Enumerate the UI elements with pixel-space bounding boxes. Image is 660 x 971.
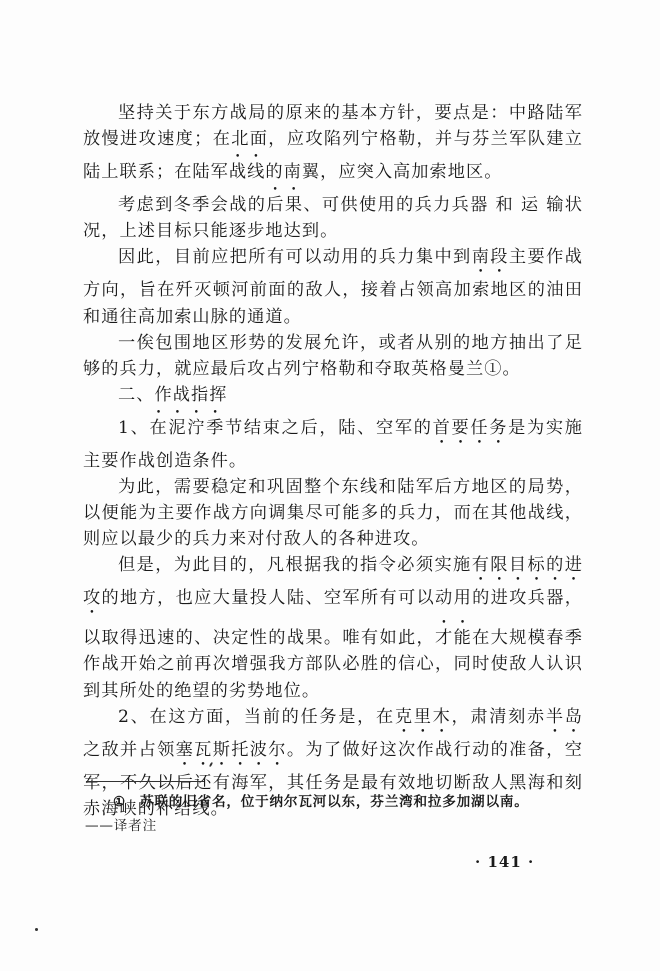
- paragraph: 1、在泥泞季节结束之后，陆、空军的首要任务是为实施主要作战创造条件。: [83, 408, 583, 474]
- footnote: ①苏联的旧省名，位于纳尔瓦河以东，芬兰湾和拉多加湖以南。 ——译者注: [85, 790, 605, 838]
- emphasized-text: 后果: [266, 195, 303, 215]
- emphasized-text: 首要任务: [433, 418, 509, 438]
- emphasized-text: 南段: [472, 247, 509, 267]
- footnote-text: 苏联的旧省名，位于纳尔瓦河以东，芬兰湾和拉多加湖以南。: [140, 794, 529, 810]
- section-heading: 二、作战指挥: [83, 382, 583, 408]
- paragraph: 但是，为此目的，凡根据我的指令必须实施有限目标的进攻的地方，也应大量投人陆、空军…: [83, 552, 583, 703]
- paragraph: 坚持关于东方战局的原来的基本方针，要点是：中路陆军放慢进攻速度；在北面，应攻陷列…: [83, 100, 583, 185]
- text-run: 的南翼，应突入高加索地区。: [265, 162, 502, 182]
- text-run: 一俟包围地区形势的发展允许，或者从别的地方抽出了足够的兵力，就应最后攻占列宁格勒…: [83, 333, 583, 379]
- emphasized-text: 战线: [229, 162, 265, 182]
- scan-speck: [35, 928, 38, 931]
- emphasized-text: 塞瓦斯托波尔: [176, 740, 287, 760]
- text-run: 但是，为此目的，凡根据我的指令必须实施: [118, 555, 472, 575]
- text-run: 二、作战指挥: [118, 385, 227, 405]
- footnote-attribution: ——译者注: [85, 814, 605, 838]
- emphasized-text: 才能: [435, 628, 472, 648]
- page-number: · 141 ·: [475, 853, 534, 871]
- text-run: 2、在这方面，当前的任务是，在: [118, 707, 395, 727]
- text-run: 考虑到冬季会战的: [118, 195, 266, 215]
- text-run: 之敌并占领: [83, 740, 176, 760]
- paragraph: 因此，目前应把所有可以动用的兵力集中到南段主要作战方向，旨在歼灭顿河前面的敌人，…: [83, 244, 583, 329]
- emphasized-text: 在泥泞季: [150, 418, 226, 438]
- book-page: 坚持关于东方战局的原来的基本方针，要点是：中路陆军放慢进攻速度；在北面，应攻陷列…: [0, 0, 660, 971]
- text-run: 节结束之后，陆、空军的: [225, 418, 433, 438]
- paragraph: 一俟包围地区形势的发展允许，或者从别的地方抽出了足够的兵力，就应最后攻占列宁格勒…: [83, 330, 583, 382]
- footnote-divider: [86, 781, 204, 782]
- paragraph: 考虑到冬季会战的后果、可供使用的兵力兵器 和 运 输状况，上述目标只能逐步地达到…: [83, 185, 583, 244]
- text-run: 为此，需要稳定和巩固整个东线和陆军后方地区的局势，以便能为主要作战方向调集尽可能…: [83, 477, 583, 549]
- text-run: 1、: [118, 418, 150, 438]
- text-run: ，肃清刻赤: [452, 707, 546, 727]
- text-run: 因此，目前应把所有可以动用的兵力集中到: [118, 247, 472, 267]
- body-text: 坚持关于东方战局的原来的基本方针，要点是：中路陆军放慢进攻速度；在北面，应攻陷列…: [83, 100, 583, 822]
- emphasized-text: 半岛: [546, 707, 583, 727]
- emphasized-text: 克里木: [395, 707, 452, 727]
- paragraph: 为此，需要稳定和巩固整个东线和陆军后方地区的局势，以便能为主要作战方向调集尽可能…: [83, 474, 583, 552]
- footnote-marker: ①: [113, 794, 126, 810]
- footnote-line: ①苏联的旧省名，位于纳尔瓦河以东，芬兰湾和拉多加湖以南。: [85, 790, 605, 814]
